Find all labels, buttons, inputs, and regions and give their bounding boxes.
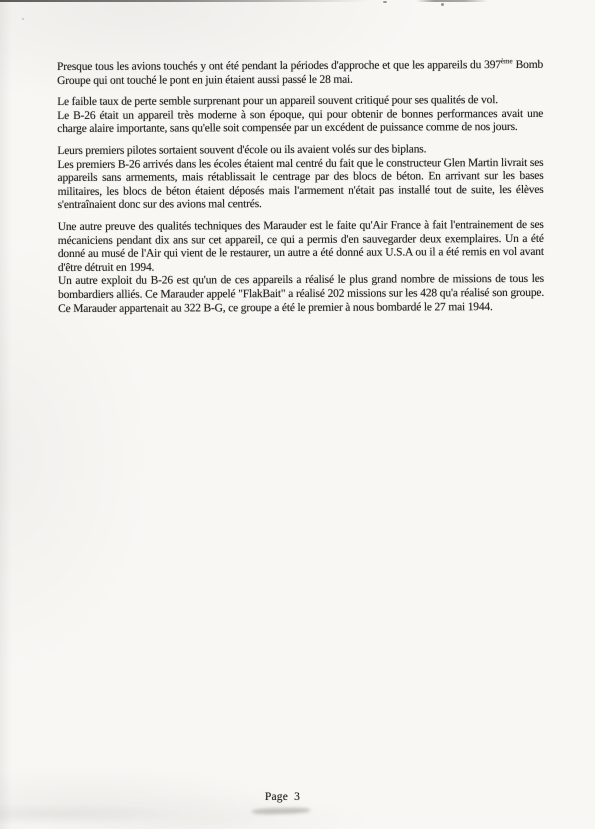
scan-speck: [22, 18, 24, 20]
paragraph-group: Le faible taux de perte semble surprenan…: [57, 94, 543, 137]
scan-speck: [441, 3, 444, 6]
scan-speck: [383, 1, 387, 3]
document-body: Presque tous les avions touchés y ont ét…: [57, 59, 544, 324]
scanned-page: Presque tous les avions touchés y ont ét…: [0, 0, 595, 829]
paragraph: Les premiers B-26 arrivés dans les école…: [57, 156, 543, 212]
paragraph-group: Leurs premiers pilotes sortaient souvent…: [57, 143, 543, 213]
paragraph-group: Une autre preuve des qualités techniques…: [58, 219, 544, 316]
paragraph: Le B-26 était un appareil très moderne à…: [57, 108, 543, 137]
scan-edge-artifact: [0, 0, 595, 2]
paragraph: Presque tous les avions touchés y ont ét…: [57, 59, 543, 88]
paragraph: Un autre exploit du B-26 est qu'un de ce…: [58, 273, 544, 316]
scan-smudge: [252, 807, 310, 815]
page-number: Page 3: [0, 791, 580, 803]
paragraph: Une autre preuve des qualités techniques…: [58, 219, 544, 275]
paragraph-group: Presque tous les avions touchés y ont ét…: [57, 59, 543, 88]
